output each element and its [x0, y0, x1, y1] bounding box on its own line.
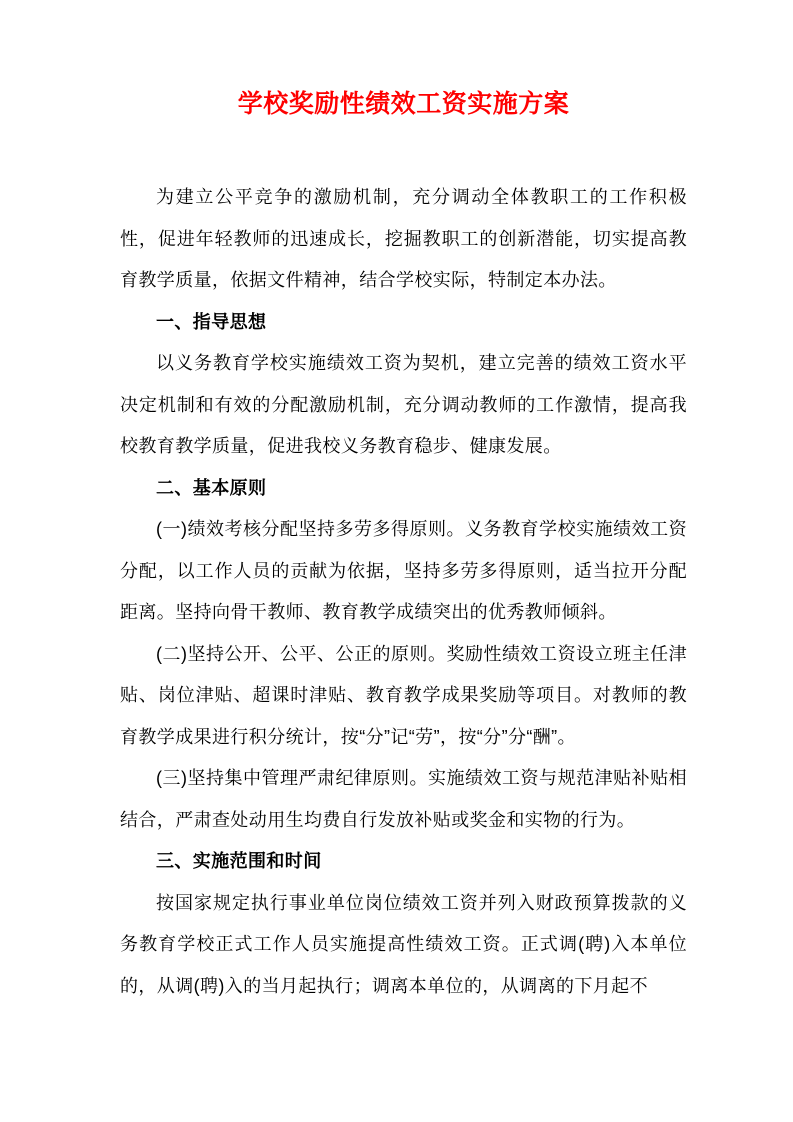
section-heading: 二、基本原则: [120, 468, 687, 510]
paragraph: 按国家规定执行事业单位岗位绩效工资并列入财政预算拨款的义务教育学校正式工作人员实…: [120, 883, 687, 1008]
paragraph: (三)坚持集中管理严肃纪律原则。实施绩效工资与规范津贴补贴相结合，严肃查处动用生…: [120, 758, 687, 841]
document-page: 学校奖励性绩效工资实施方案 为建立公平竞争的激励机制，充分调动全体教职工的工作积…: [0, 0, 793, 1122]
paragraph: (一)绩效考核分配坚持多劳多得原则。义务教育学校实施绩效工资分配，以工作人员的贡…: [120, 509, 687, 634]
section-heading: 三、实施范围和时间: [120, 841, 687, 883]
paragraph: 以义务教育学校实施绩效工资为契机，建立完善的绩效工资水平决定机制和有效的分配激励…: [120, 343, 687, 468]
paragraph: 为建立公平竞争的激励机制，充分调动全体教职工的工作积极性，促进年轻教师的迅速成长…: [120, 177, 687, 302]
paragraph: (二)坚持公开、公平、公正的原则。奖励性绩效工资设立班主任津贴、岗位津贴、超课时…: [120, 634, 687, 759]
document-body: 为建立公平竞争的激励机制，充分调动全体教职工的工作积极性，促进年轻教师的迅速成长…: [120, 177, 687, 1007]
section-heading: 一、指导思想: [120, 302, 687, 344]
document-content: 学校奖励性绩效工资实施方案 为建立公平竞争的激励机制，充分调动全体教职工的工作积…: [0, 86, 793, 1007]
document-title: 学校奖励性绩效工资实施方案: [120, 86, 687, 122]
